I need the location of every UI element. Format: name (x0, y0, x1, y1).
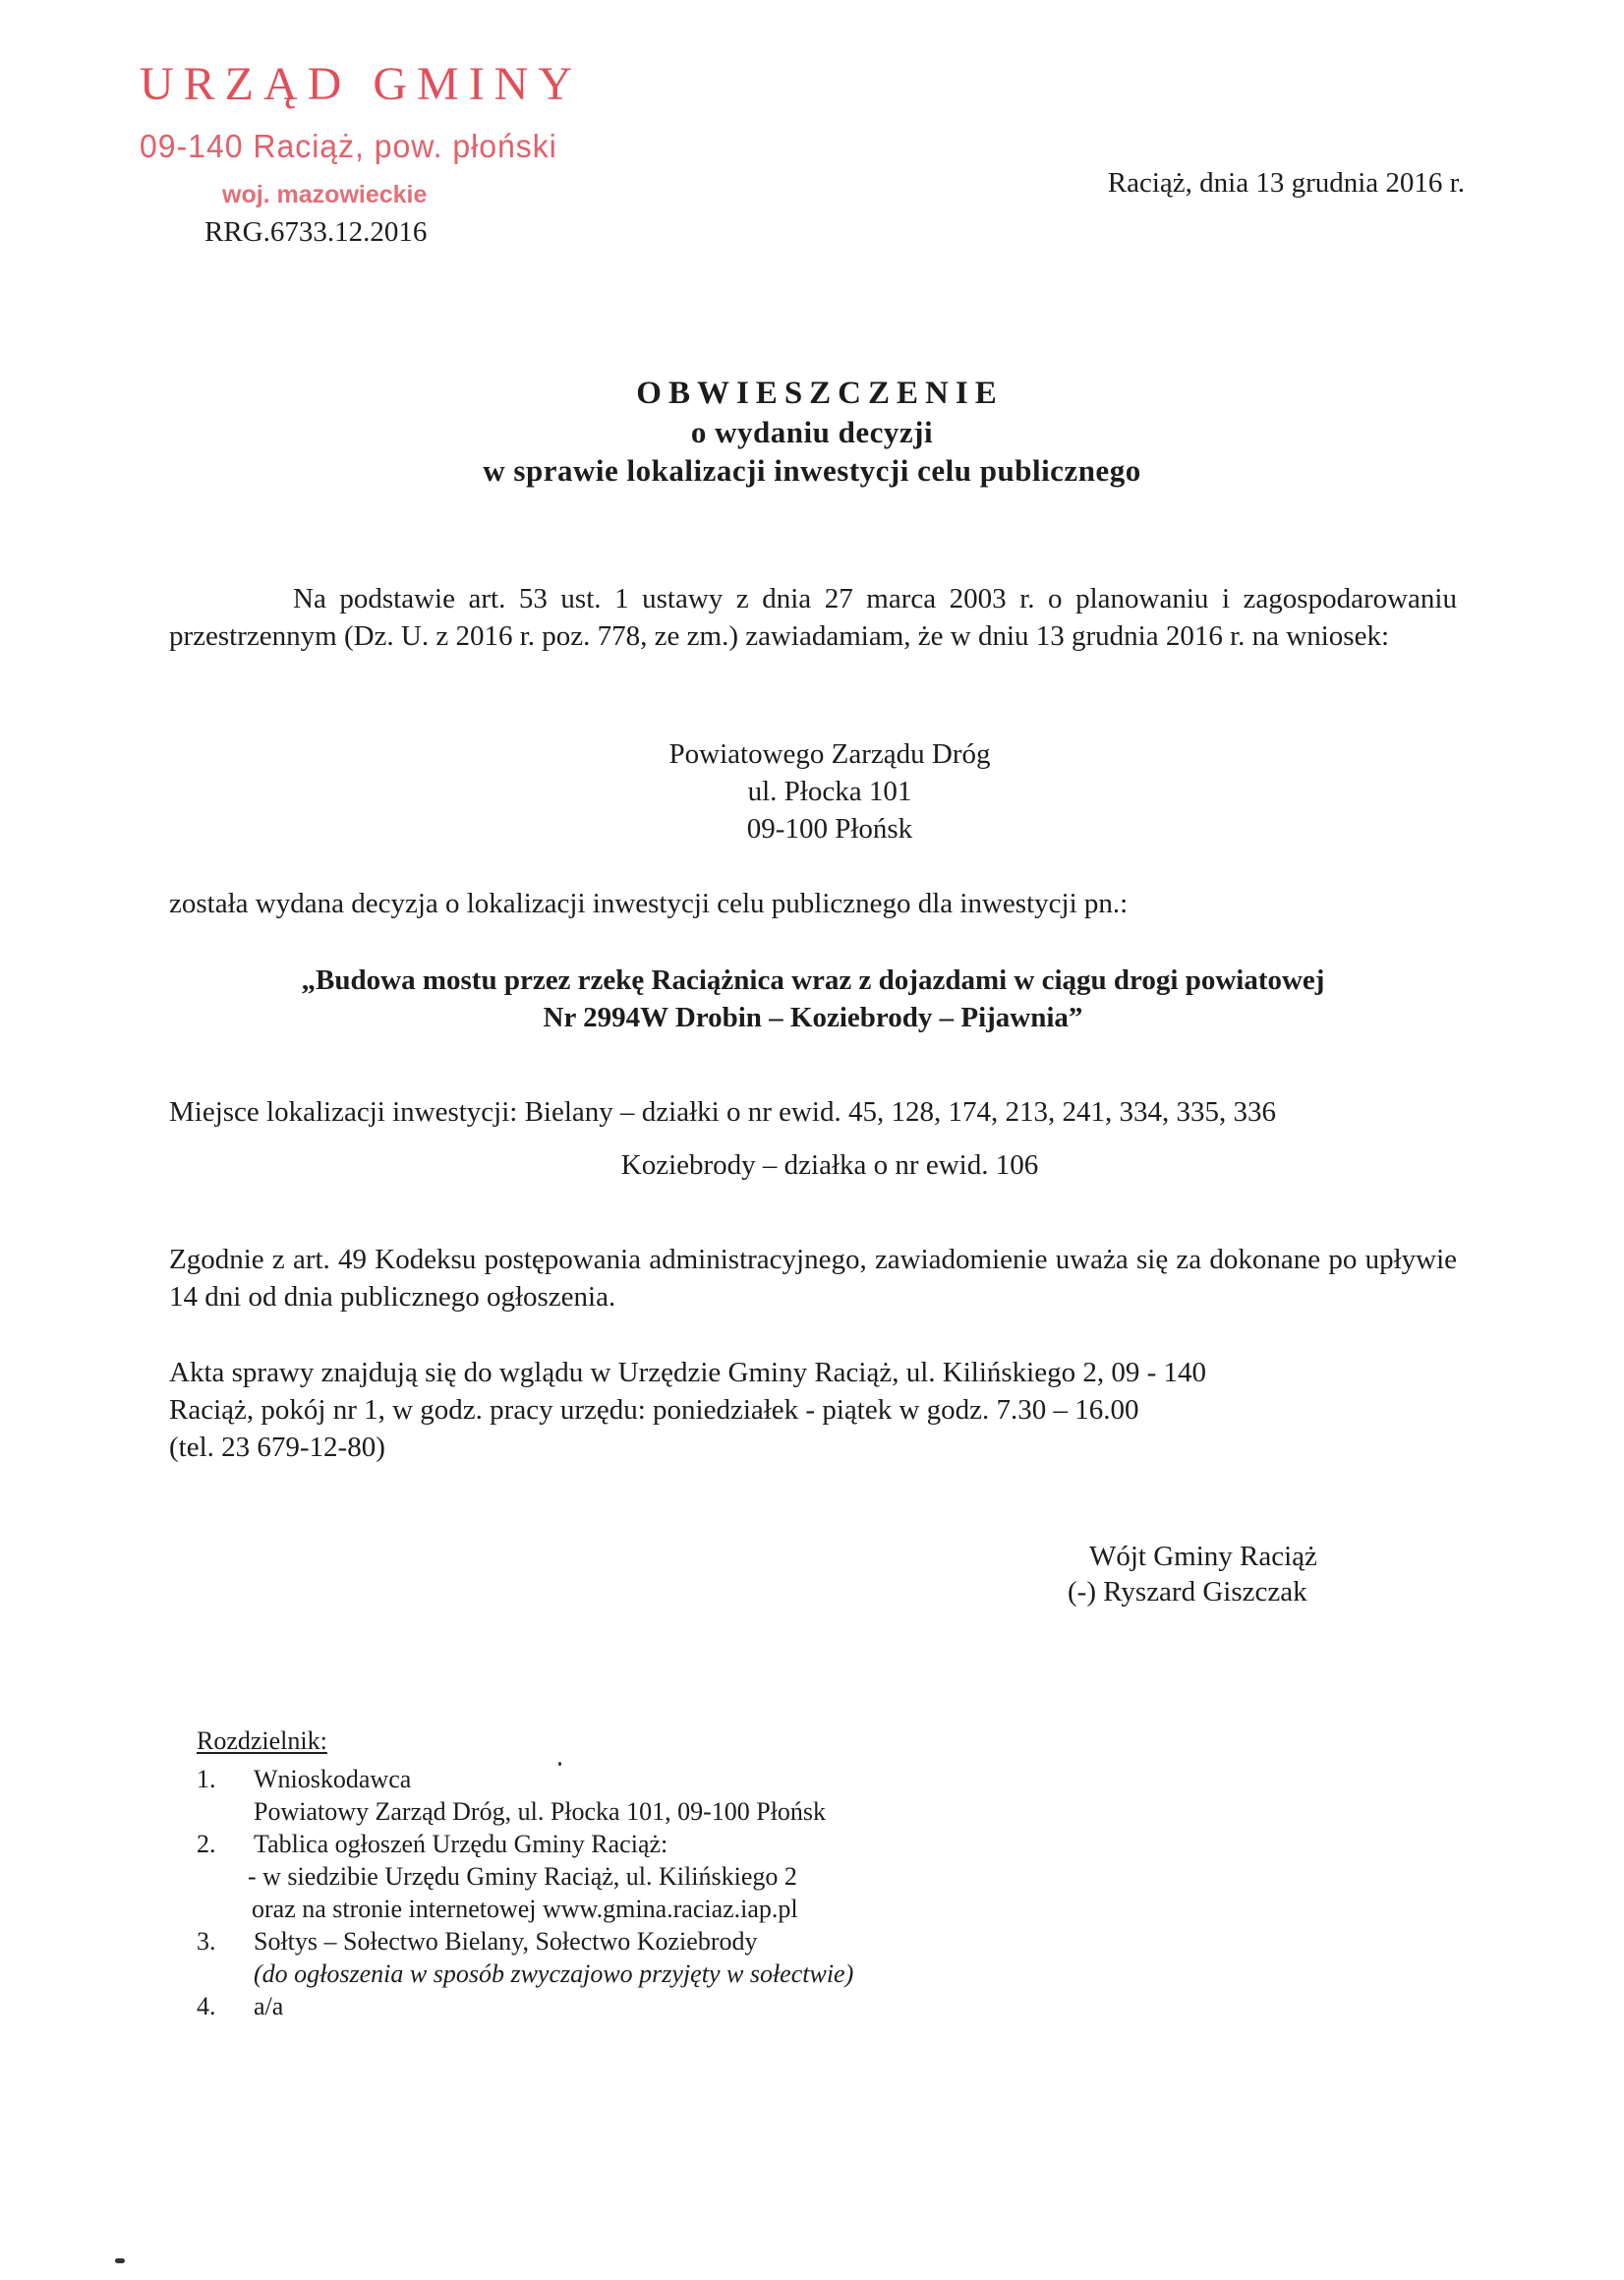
files-info-line-3: (tel. 23 679-12-80) (169, 1429, 1457, 1466)
list-item: 4. a/a (197, 1990, 853, 2022)
list-item-number: 1. (197, 1763, 254, 1795)
files-info: Akta sprawy znajdują się do wglądu w Urz… (169, 1354, 1457, 1466)
list-item-text: Tablica ogłoszeń Urzędu Gminy Raciąż: (254, 1828, 667, 1860)
place-and-date: Raciąż, dnia 13 grudnia 2016 r. (1108, 169, 1465, 198)
applicant-street: ul. Płocka 101 (18, 773, 1624, 810)
list-item: 3. Sołtys – Sołectwo Bielany, Sołectwo K… (197, 1925, 853, 1958)
signature-block: Wójt Gminy Raciąż (-) Ryszard Giszczak (1089, 1539, 1317, 1609)
signatory-title: Wójt Gminy Raciąż (1089, 1539, 1317, 1574)
distribution-heading: Rozdzielnik: (197, 1725, 853, 1757)
list-item-subtext: oraz na stronie internetowej www.gmina.r… (197, 1893, 853, 1925)
scan-speck (115, 2258, 125, 2263)
intro-paragraph: Na podstawie art. 53 ust. 1 ustawy z dni… (169, 580, 1457, 655)
files-info-line-1: Akta sprawy znajdują się do wglądu w Urz… (169, 1354, 1457, 1391)
document-page: URZĄD GMINY 09-140 Raciąż, pow. płoński … (0, 0, 1624, 2280)
stamp-office-name: URZĄD GMINY (140, 61, 582, 108)
list-item-number: 3. (197, 1925, 254, 1958)
title-subtitle-1: o wydaniu decyzji (0, 413, 1624, 451)
list-item-subtext: - w siedzibie Urzędu Gminy Raciąż, ul. K… (197, 1860, 853, 1893)
list-item-text: a/a (254, 1990, 283, 2022)
list-item-number: 2. (197, 1828, 254, 1860)
notice-paragraph: Zgodnie z art. 49 Kodeksu postępowania a… (169, 1241, 1457, 1315)
applicant-address: Powiatowego Zarządu Dróg ul. Płocka 101 … (18, 735, 1624, 848)
applicant-name: Powiatowego Zarządu Dróg (18, 735, 1624, 773)
files-info-line-2: Raciąż, pokój nr 1, w godz. pracy urzędu… (169, 1391, 1457, 1429)
list-item-text: Sołtys – Sołectwo Bielany, Sołectwo Kozi… (254, 1925, 757, 1958)
list-item-subtext: (do ogłoszenia w sposób zwyczajowo przyj… (197, 1958, 853, 1990)
title-main: OBWIESZCZENIE (16, 374, 1624, 413)
project-title-line-2: Nr 2994W Drobin – Koziebrody – Pijawnia” (169, 999, 1457, 1036)
location-line-1: Miejsce lokalizacji inwestycji: Bielany … (169, 1093, 1457, 1131)
decision-text: została wydana decyzja o lokalizacji inw… (169, 885, 1457, 922)
stamp-address: 09-140 Raciąż, pow. płoński (140, 130, 557, 162)
document-title: OBWIESZCZENIE o wydaniu decyzji w sprawi… (0, 374, 1624, 490)
list-item-subtext: Powiatowy Zarząd Dróg, ul. Płocka 101, 0… (197, 1795, 853, 1828)
applicant-city: 09-100 Płońsk (18, 810, 1624, 848)
signatory-name: (-) Ryszard Giszczak (1068, 1574, 1317, 1609)
project-title: „Budowa mostu przez rzekę Raciążnica wra… (169, 962, 1457, 1036)
reference-number: RRG.6733.12.2016 (204, 218, 427, 247)
stamp-voivodeship: woj. mazowieckie (222, 183, 427, 207)
distribution-list: Rozdzielnik: 1. Wnioskodawca Powiatowy Z… (197, 1725, 853, 2022)
title-subtitle-2: w sprawie lokalizacji inwestycji celu pu… (0, 451, 1624, 490)
list-item-number: 4. (197, 1990, 254, 2022)
list-item: 1. Wnioskodawca (197, 1763, 853, 1795)
list-item-text: Wnioskodawca (254, 1763, 411, 1795)
project-title-line-1: „Budowa mostu przez rzekę Raciążnica wra… (169, 962, 1457, 999)
list-item: 2. Tablica ogłoszeń Urzędu Gminy Raciąż: (197, 1828, 853, 1860)
location-line-2: Koziebrody – działka o nr ewid. 106 (18, 1146, 1624, 1184)
scan-speck (558, 1762, 561, 1766)
